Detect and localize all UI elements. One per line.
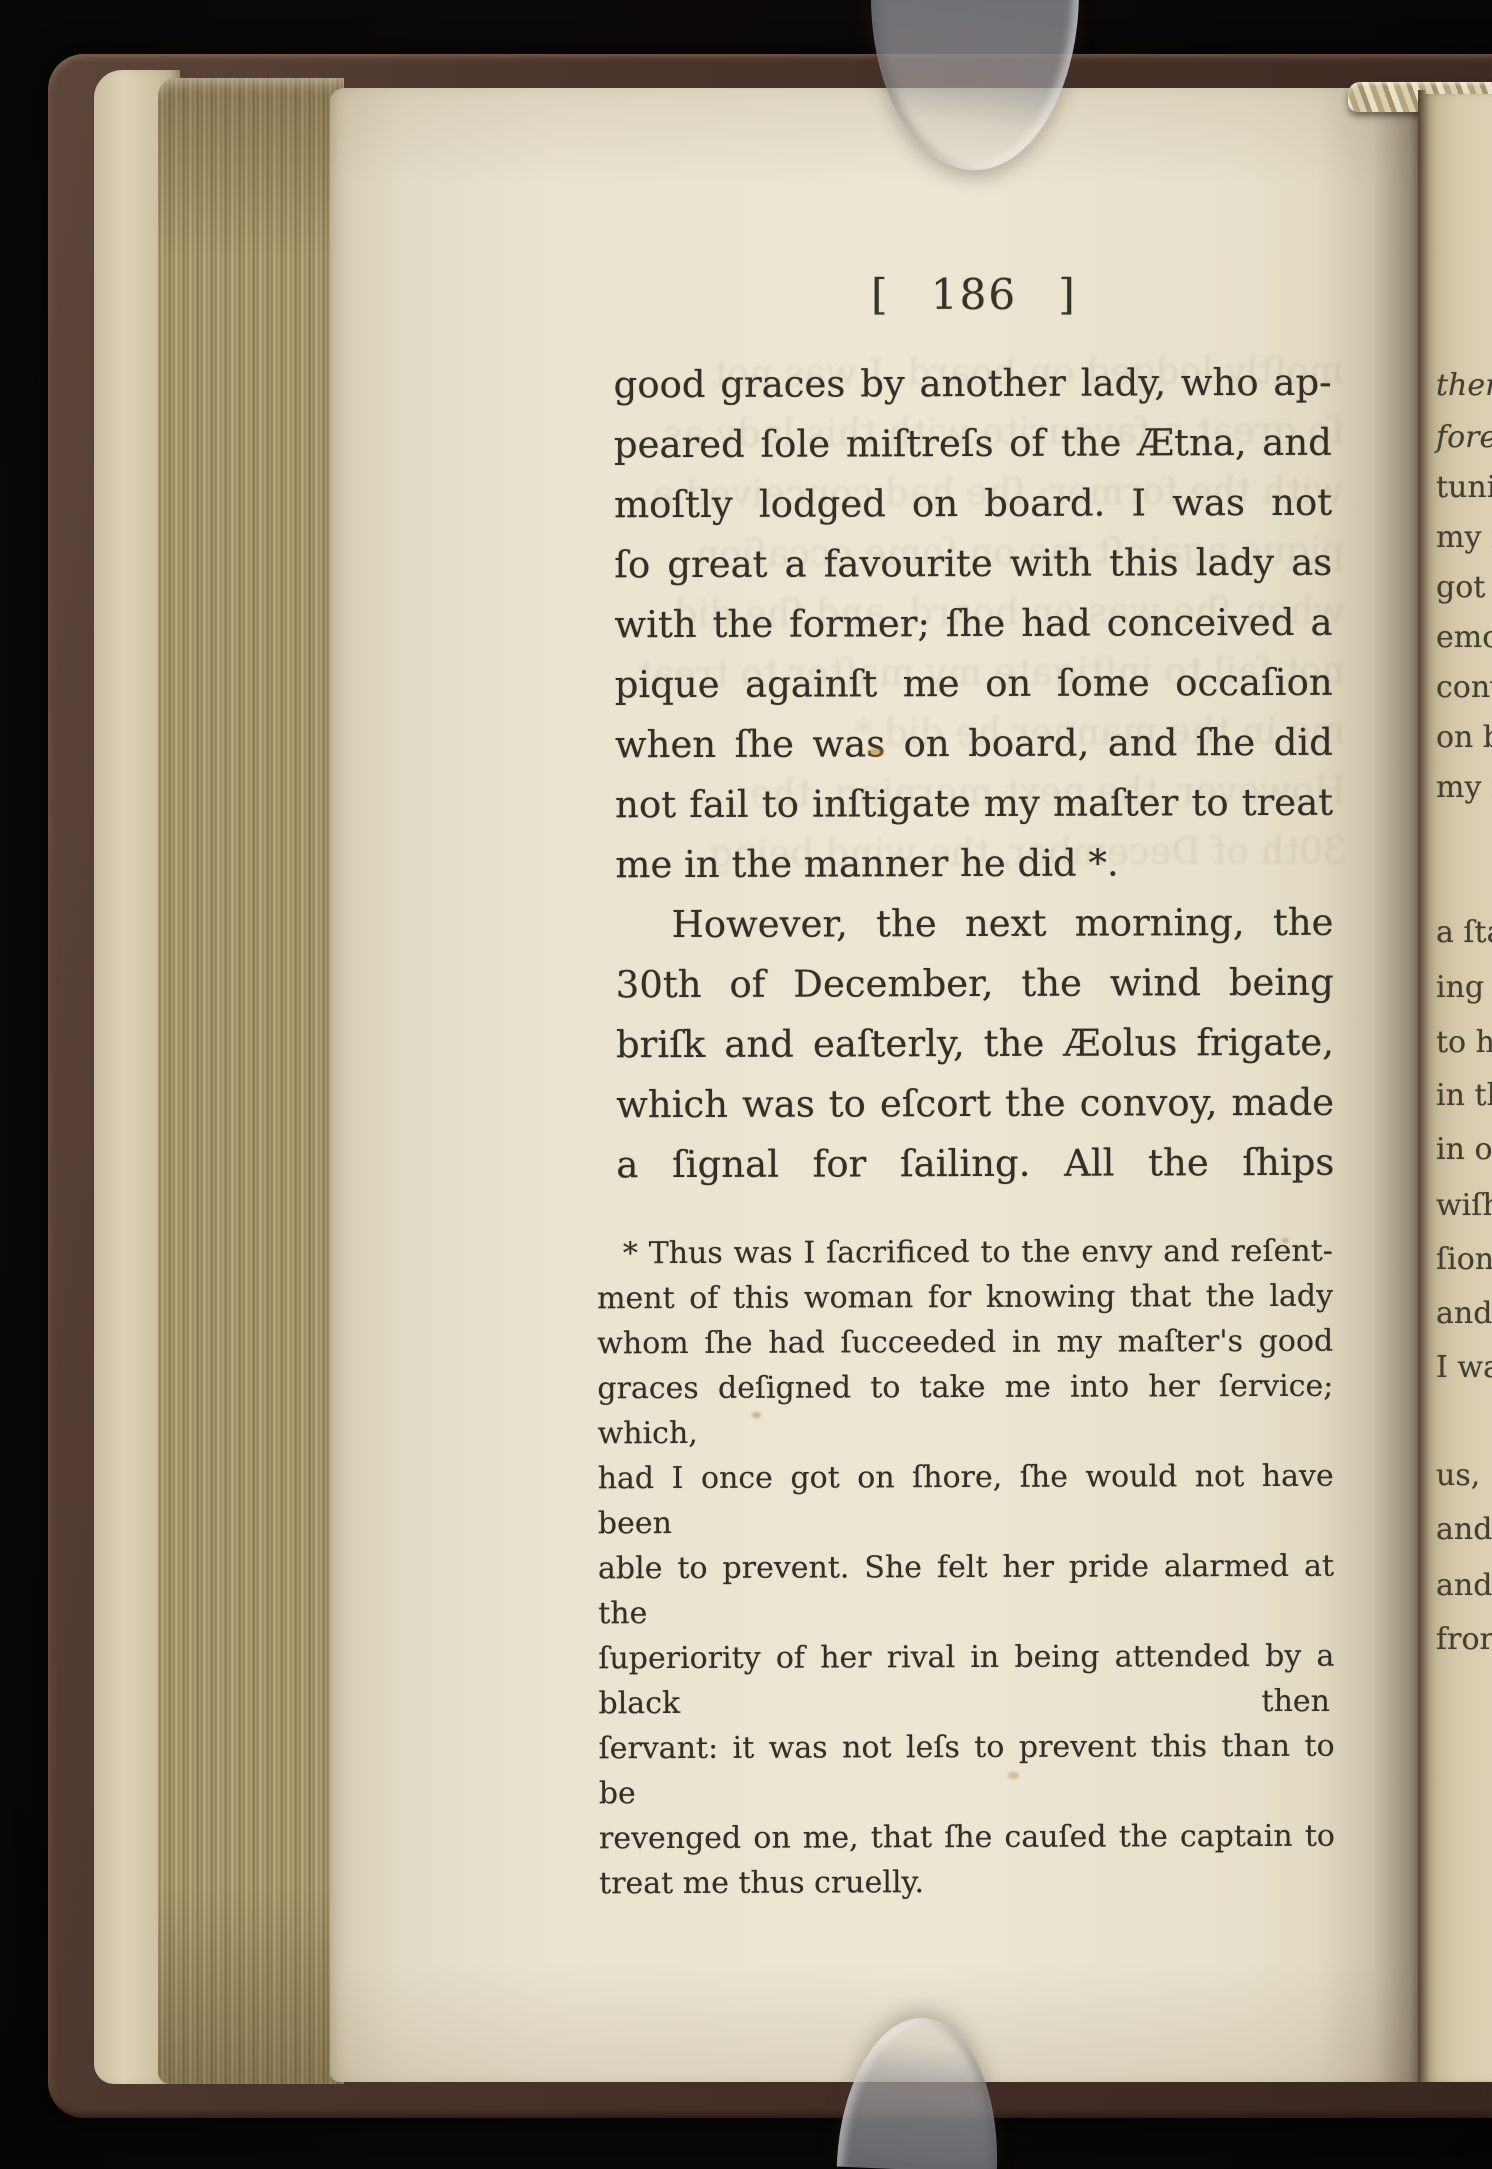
book-photograph: moſtly lodged on board. I was notſo grea… [0, 0, 1492, 2169]
catchword: then [1210, 1684, 1330, 1719]
right-page-edge: then gfore antunitymy inegot uremoticcon… [1425, 94, 1492, 2082]
text-line: ment of this woman for knowing that the … [597, 1274, 1333, 1322]
facing-page-text-fragment: and [1436, 1296, 1492, 1331]
gutter-shadow [1316, 88, 1420, 2082]
text-line: with the former; ſhe had conceived a [614, 593, 1332, 656]
facing-page-text-fragment: a ſtate [1436, 915, 1492, 950]
main-text-block: good graces by another lady, who ap-pear… [614, 353, 1335, 1196]
text-line: graces deſigned to take me into her ſerv… [597, 1364, 1333, 1457]
text-line: * Thus was I ſacrificed to the envy and … [597, 1229, 1333, 1277]
facing-page-text-fragment: in or [1436, 1132, 1492, 1167]
text-line: revenged on me, that ſhe cauſed the capt… [599, 1814, 1335, 1862]
facing-page-text-fragment: fror [1436, 1622, 1492, 1657]
facing-page-text-fragment: in th [1436, 1078, 1492, 1113]
facing-page-text-fragment: and [1436, 1568, 1492, 1603]
facing-page-text-fragment: us, [1436, 1458, 1480, 1493]
text-line: which was to eſcort the convoy, made [616, 1073, 1334, 1136]
text-line: However, the next morning, the [615, 893, 1333, 956]
facing-page-text-fragment: on b [1436, 720, 1492, 755]
facing-page-text-fragment: fore an [1436, 420, 1492, 455]
foxing-spot [752, 1412, 761, 1418]
foxing-spot [1282, 1238, 1289, 1243]
text-line: me in the manner he did *. [615, 833, 1333, 896]
facing-page-text-fragment: my ine [1436, 520, 1492, 555]
text-line: not fail to inſtigate my maſter to treat [615, 773, 1333, 836]
facing-page-text-fragment: tunity [1436, 470, 1492, 505]
left-page: moſtly lodged on board. I was notſo grea… [330, 88, 1422, 2082]
facing-page-text-fragment: and [1436, 1512, 1492, 1547]
text-line: when ſhe was on board, and ſhe did [615, 713, 1333, 776]
page-edge-stack [158, 78, 344, 2084]
text-line: whom ſhe had ſucceeded in my maſter's go… [597, 1319, 1333, 1367]
footnote-block: * Thus was I ſacrificed to the envy and … [597, 1229, 1335, 1907]
facing-page-text-fragment: wiſhe [1436, 1188, 1492, 1223]
text-line: briſk and eaſterly, the Æolus frigate, [616, 1013, 1334, 1076]
text-line: had I once got on ſhore, ſhe would not h… [598, 1454, 1334, 1547]
text-line: good graces by another lady, who ap- [614, 353, 1332, 416]
facing-page-text-fragment: convo [1436, 670, 1492, 705]
facing-page-text-fragment: ſions [1436, 1242, 1492, 1277]
facing-page-text-fragment: ing ſw [1436, 970, 1492, 1005]
gutter-crease [1418, 90, 1425, 2082]
text-line: ſervant: it was not leſs to prevent this… [599, 1724, 1335, 1817]
text-line: 30th of December, the wind being [616, 953, 1334, 1016]
text-line: a ſignal for ſailing. All the ſhips [616, 1133, 1334, 1196]
text-line: treat me thus cruelly. [599, 1859, 1335, 1907]
text-line: ſo great a favourite with this lady as [614, 533, 1332, 596]
facing-page-text-fragment: I wa [1436, 1350, 1492, 1385]
facing-page-text-fragment: then g [1436, 368, 1492, 403]
text-line: able to prevent. She felt her pride alar… [598, 1544, 1334, 1637]
page-number: [ 186 ] [615, 270, 1333, 319]
facing-page-text-fragment: emotic [1436, 620, 1492, 655]
facing-page-text-fragment: to he [1436, 1025, 1492, 1060]
text-line: moſtly lodged on board. I was not [614, 473, 1332, 536]
foxing-spot [1008, 1772, 1019, 1779]
foxing-spot [868, 748, 884, 756]
facing-page-text-fragment: got ur [1436, 570, 1492, 605]
text-line: pique againſt me on ſome occaſion [615, 653, 1333, 716]
text-line: peared ſole miſtreſs of the Ætna, and [614, 413, 1332, 476]
facing-page-text-fragment: my ſw [1436, 770, 1492, 805]
